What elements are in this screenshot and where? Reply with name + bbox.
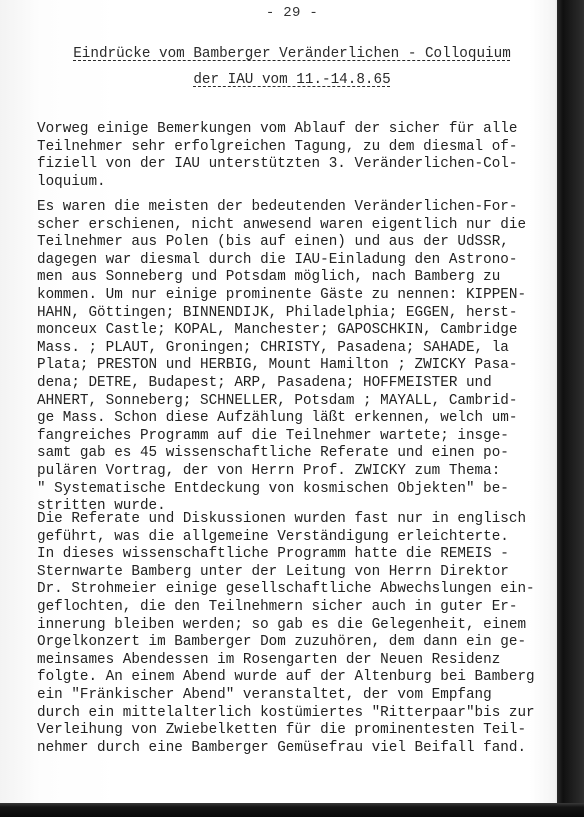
text-line: Dr. Strohmeier einige gesellschaftliche … bbox=[37, 581, 567, 599]
text-line: folgte. An einem Abend wurde auf der Alt… bbox=[37, 669, 567, 687]
text-line: Verleihung von Zwiebelketten für die pro… bbox=[37, 722, 567, 740]
text-line: Orgelkonzert im Bamberger Dom zuzuhören,… bbox=[37, 634, 567, 652]
document-page: - 29 - Eindrücke vom Bamberger Veränderl… bbox=[0, 0, 559, 804]
text-line: men aus Sonneberg und Potsdam möglich, n… bbox=[37, 269, 567, 287]
text-line: monceux Castle; KOPAL, Manchester; GAPOS… bbox=[37, 322, 567, 340]
title-text-2: der IAU vom 11.-14.8.65 bbox=[193, 72, 390, 88]
paragraph-2: Es waren die meisten der bedeutenden Ver… bbox=[37, 199, 567, 516]
text-line: Sternwarte Bamberg unter der Leitung von… bbox=[37, 564, 567, 582]
text-line: Teilnehmer aus Polen (bis auf einen) und… bbox=[37, 234, 567, 252]
text-line: dagegen war diesmal durch die IAU-Einlad… bbox=[37, 252, 567, 270]
paragraph-3: Die Referate und Diskussionen wurden fas… bbox=[37, 511, 567, 757]
text-line: Die Referate und Diskussionen wurden fas… bbox=[37, 511, 567, 529]
text-line: Plata; PRESTON und HERBIG, Mount Hamilto… bbox=[37, 357, 567, 375]
text-line: fiziell von der IAU unterstützten 3. Ver… bbox=[37, 156, 567, 174]
scan-shadow-bottom bbox=[0, 803, 584, 817]
text-line: HAHN, Göttingen; BINNENDIJK, Philadelphi… bbox=[37, 305, 567, 323]
text-line: In dieses wissenschaftliche Programm hat… bbox=[37, 546, 567, 564]
text-line: AHNERT, Sonneberg; SCHNELLER, Potsdam ; … bbox=[37, 393, 567, 411]
text-line: Vorweg einige Bemerkungen vom Ablauf der… bbox=[37, 121, 567, 139]
text-line: dena; DETRE, Budapest; ARP, Pasadena; HO… bbox=[37, 375, 567, 393]
text-line: pulären Vortrag, der von Herrn Prof. ZWI… bbox=[37, 463, 567, 481]
title-text-1: Eindrücke vom Bamberger Veränderlichen -… bbox=[73, 46, 511, 62]
text-line: ge Mass. Schon diese Aufzählung läßt erk… bbox=[37, 410, 567, 428]
text-line: kommen. Um nur einige prominente Gäste z… bbox=[37, 287, 567, 305]
text-line: nehmer durch eine Bamberger Gemüsefrau v… bbox=[37, 740, 567, 758]
paragraph-1: Vorweg einige Bemerkungen vom Ablauf der… bbox=[37, 121, 567, 191]
page-number: - 29 - bbox=[0, 5, 584, 21]
text-line: geführt, was die allgemeine Verständigun… bbox=[37, 529, 567, 547]
text-line: Mass. ; PLAUT, Groningen; CHRISTY, Pasad… bbox=[37, 340, 567, 358]
document-title-line-1: Eindrücke vom Bamberger Veränderlichen -… bbox=[0, 46, 584, 62]
text-line: loquium. bbox=[37, 174, 567, 192]
text-line: scher erschienen, nicht anwesend waren e… bbox=[37, 217, 567, 235]
text-line: geflochten, die den Teilnehmern sicher a… bbox=[37, 599, 567, 617]
text-line: durch ein mittelalterlich kostümiertes "… bbox=[37, 705, 567, 723]
text-line: Es waren die meisten der bedeutenden Ver… bbox=[37, 199, 567, 217]
document-title-line-2: der IAU vom 11.-14.8.65 bbox=[0, 72, 584, 88]
text-line: samt gab es 45 wissenschaftliche Referat… bbox=[37, 445, 567, 463]
text-line: meinsames Abendessen im Rosengarten der … bbox=[37, 652, 567, 670]
text-line: ein "Fränkischer Abend" veranstaltet, de… bbox=[37, 687, 567, 705]
text-line: " Systematische Entdeckung von kosmische… bbox=[37, 481, 567, 499]
text-line: fangreiches Programm auf die Teilnehmer … bbox=[37, 428, 567, 446]
text-line: Teilnehmer sehr erfolgreichen Tagung, zu… bbox=[37, 139, 567, 157]
text-line: innerung bleiben werden; so gab es die G… bbox=[37, 617, 567, 635]
scan-shadow-right bbox=[557, 0, 584, 817]
